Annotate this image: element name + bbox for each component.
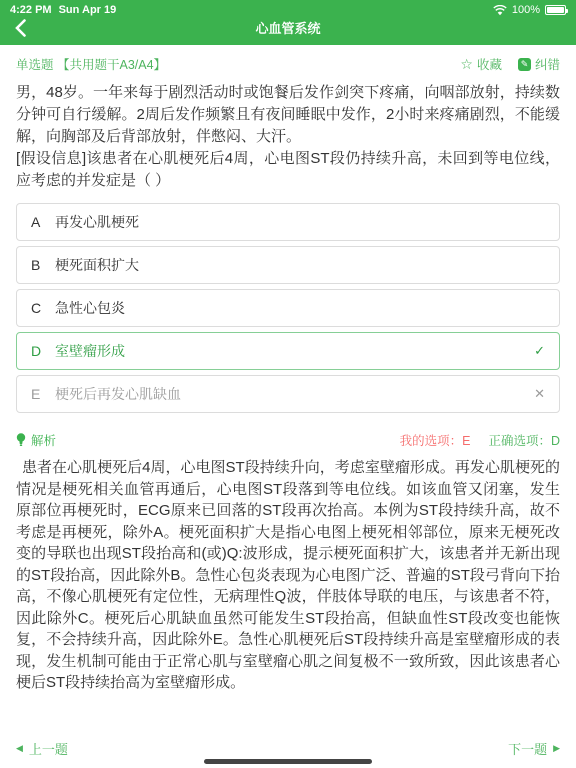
pencil-square-icon: ✎: [518, 58, 531, 71]
option-letter: B: [31, 257, 55, 273]
option-d-correct[interactable]: D 室壁瘤形成 ✓: [16, 332, 560, 370]
option-text: 梗死后再发心肌缺血: [55, 384, 181, 404]
favorite-button[interactable]: ☆ 收藏: [460, 55, 502, 73]
star-icon: ☆: [460, 58, 473, 70]
option-letter: A: [31, 214, 55, 230]
analysis-label: 解析: [31, 431, 56, 449]
footer-pager: ◀ 上一题 下一题 ▶: [0, 738, 576, 758]
option-c[interactable]: C 急性心包炎: [16, 289, 560, 327]
question-hypothesis: [假设信息]该患者在心肌梗死后4周，心电图ST段仍持续升高，未回到等电位线，应考…: [16, 148, 560, 192]
option-b[interactable]: B 梗死面积扩大: [16, 246, 560, 284]
status-bar: 4:22 PMSun Apr 19 100%: [0, 0, 576, 20]
status-time: 4:22 PM: [10, 4, 52, 16]
question-text: 男，48岁。一年来每于剧烈活动时或饱餐后发作剑突下疼痛，向咽部放射，持续数分钟可…: [0, 81, 576, 192]
next-arrow-icon: ▶: [553, 743, 560, 754]
battery-percent: 100%: [512, 4, 540, 16]
option-letter: D: [31, 343, 55, 359]
check-icon: ✓: [534, 343, 545, 359]
correct-answer-badge: 正确选项：D: [488, 431, 560, 449]
option-e-selected-wrong[interactable]: E 梗死后再发心肌缺血 ✕: [16, 375, 560, 413]
nav-bar: 心血管系统: [0, 20, 576, 45]
question-type-tag: 单选题 【共用题干A3/A4】: [16, 55, 166, 73]
prev-question-button[interactable]: ◀ 上一题: [16, 739, 68, 758]
chevron-left-icon: [15, 19, 26, 37]
question-meta-row: 单选题 【共用题干A3/A4】 ☆ 收藏 ✎ 纠错: [0, 45, 576, 81]
analysis-body: 患者在心肌梗死后4周，心电图ST段持续升向，考虑室壁瘤形成。再发心肌梗死的情况是…: [0, 455, 576, 694]
report-error-button[interactable]: ✎ 纠错: [518, 55, 560, 73]
option-text: 梗死面积扩大: [55, 255, 139, 275]
back-button[interactable]: [8, 16, 32, 40]
option-a[interactable]: A 再发心肌梗死: [16, 203, 560, 241]
home-indicator[interactable]: [204, 759, 372, 764]
status-date: Sun Apr 19: [59, 4, 117, 16]
next-label: 下一题: [508, 739, 547, 758]
option-text: 再发心肌梗死: [55, 212, 139, 232]
favorite-label: 收藏: [477, 55, 502, 73]
prev-label: 上一题: [29, 739, 68, 758]
lightbulb-icon: [16, 433, 26, 447]
app-screen: 4:22 PMSun Apr 19 100% 心血管系统 单选题 【共用题干A3…: [0, 0, 576, 768]
option-letter: C: [31, 300, 55, 316]
options-list: A 再发心肌梗死 B 梗死面积扩大 C 急性心包炎 D 室壁瘤形成 ✓ E 梗死…: [0, 192, 576, 413]
analysis-header: 解析 我的选项：E 正确选项：D: [0, 418, 576, 455]
option-text: 室壁瘤形成: [55, 341, 125, 361]
wifi-icon: [493, 5, 507, 16]
page-title: 心血管系统: [255, 20, 320, 38]
question-type-label: 单选题: [16, 58, 54, 72]
stem-tag-label: 【共用题干A3/A4】: [57, 58, 166, 72]
cross-icon: ✕: [534, 386, 545, 402]
next-question-button[interactable]: 下一题 ▶: [508, 739, 560, 758]
option-letter: E: [31, 386, 55, 402]
prev-arrow-icon: ◀: [16, 743, 23, 754]
option-text: 急性心包炎: [55, 298, 125, 318]
report-label: 纠错: [535, 55, 560, 73]
my-answer-badge: 我的选项：E: [400, 431, 471, 449]
battery-icon: [545, 5, 566, 15]
question-stem: 男，48岁。一年来每于剧烈活动时或饱餐后发作剑突下疼痛，向咽部放射，持续数分钟可…: [16, 82, 560, 148]
status-time-date: 4:22 PMSun Apr 19: [10, 4, 123, 16]
